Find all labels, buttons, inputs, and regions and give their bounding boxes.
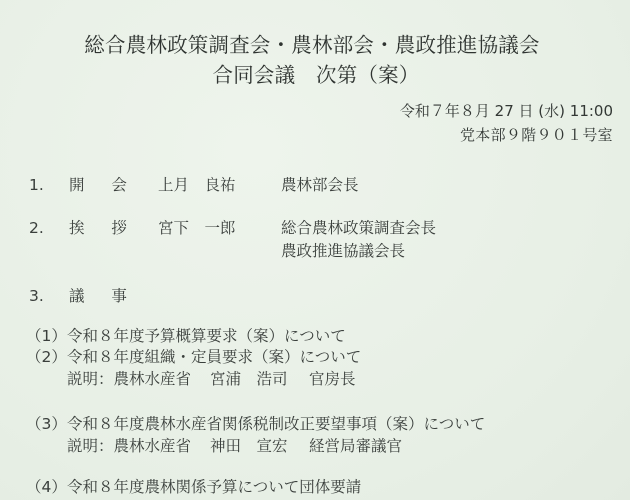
subitem-number: （4） xyxy=(26,480,67,496)
agenda-number: 3. xyxy=(29,289,44,305)
explanation-name: 宮浦 浩司 xyxy=(210,372,288,388)
subitem-text: 令和８年度農林水産省関係税制改正要望事項（案）について xyxy=(67,417,485,433)
explanation-title: 官房長 xyxy=(309,372,356,388)
agenda-label: 議 事 xyxy=(69,289,138,305)
agenda-speaker: 上月 良祐 xyxy=(158,178,236,194)
agenda-number: 2. xyxy=(29,221,44,237)
subitem-text: 令和８年度組織・定員要求（案）について xyxy=(67,350,361,366)
subitem-text: 令和８年度農林関係予算について団体要請 xyxy=(67,480,361,496)
subitem-number: （2） xyxy=(26,350,67,366)
explanation-prefix: 説明：農林水産省 xyxy=(67,439,191,455)
agenda-speaker-role: 総合農林政策調査会長 xyxy=(281,221,436,237)
explanation-prefix: 説明：農林水産省 xyxy=(67,372,191,388)
agenda-label: 開 会 xyxy=(69,178,138,194)
agenda-speaker-role: 農林部会長 xyxy=(281,178,359,194)
document-title-line2: 合同会議 次第（案） xyxy=(1,65,630,86)
subitem-text: 令和８年度予算概算要求（案）について xyxy=(67,329,346,345)
agenda-label: 挨 拶 xyxy=(69,221,138,237)
subitem-number: （1） xyxy=(26,329,67,345)
subitem-number: （3） xyxy=(26,417,67,433)
meeting-date: 令和７年８月 27 日 (水) 11:00 xyxy=(400,104,613,119)
document-title-line1: 総合農林政策調査会・農林部会・農政推進協議会 xyxy=(0,35,627,56)
meeting-location: 党本部９階９０１号室 xyxy=(460,128,613,143)
agenda-number: 1. xyxy=(29,178,44,194)
agenda-speaker: 宮下 一郎 xyxy=(158,221,236,237)
explanation-name: 神田 宣宏 xyxy=(210,439,288,455)
explanation-title: 経営局審議官 xyxy=(309,439,402,455)
agenda-speaker-role: 農政推進協議会長 xyxy=(281,244,405,260)
